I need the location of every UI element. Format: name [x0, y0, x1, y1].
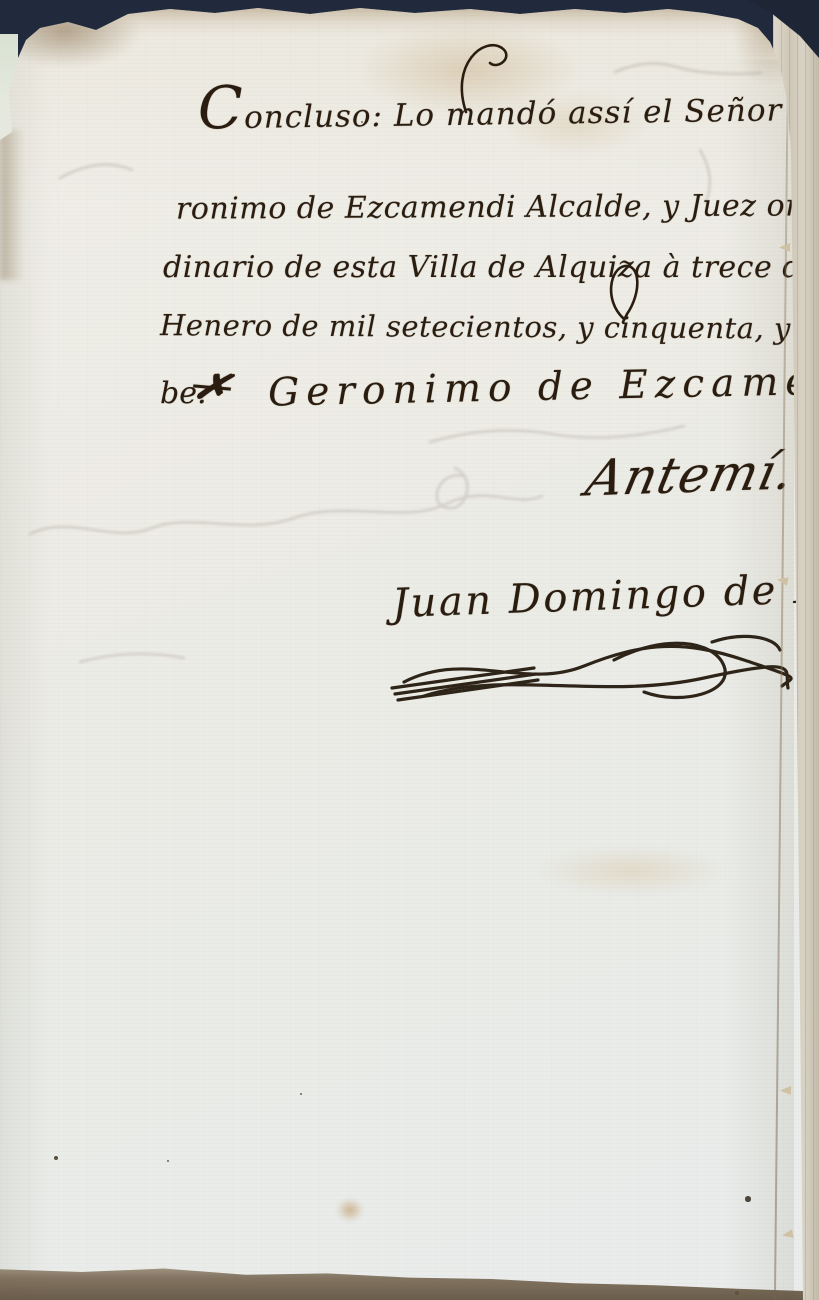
manuscript-line-4: Henero de mil setecientos, y cinquenta, …: [160, 308, 819, 346]
notary-rubric-flourish: [382, 630, 802, 722]
manuscript-line-2: ronimo de Ezcamendi Alcalde, y Juez or-: [176, 188, 811, 226]
attestation-ante-mi: Antemí.: [581, 442, 799, 507]
paper-sheet: Concluso: Lo mandó assí el Señor Ge- ron…: [0, 0, 819, 1300]
ascender-flourish-L: [452, 30, 532, 120]
ink-specks: [0, 0, 2, 2]
manuscript-scan: Concluso: Lo mandó assí el Señor Ge- ron…: [0, 0, 819, 1300]
manuscript-line-3: dinario de esta Villa de Alquiza à trece…: [163, 250, 819, 285]
strikeout-mark: ✗: [191, 365, 234, 410]
descender-loop-flourish: [596, 260, 650, 324]
